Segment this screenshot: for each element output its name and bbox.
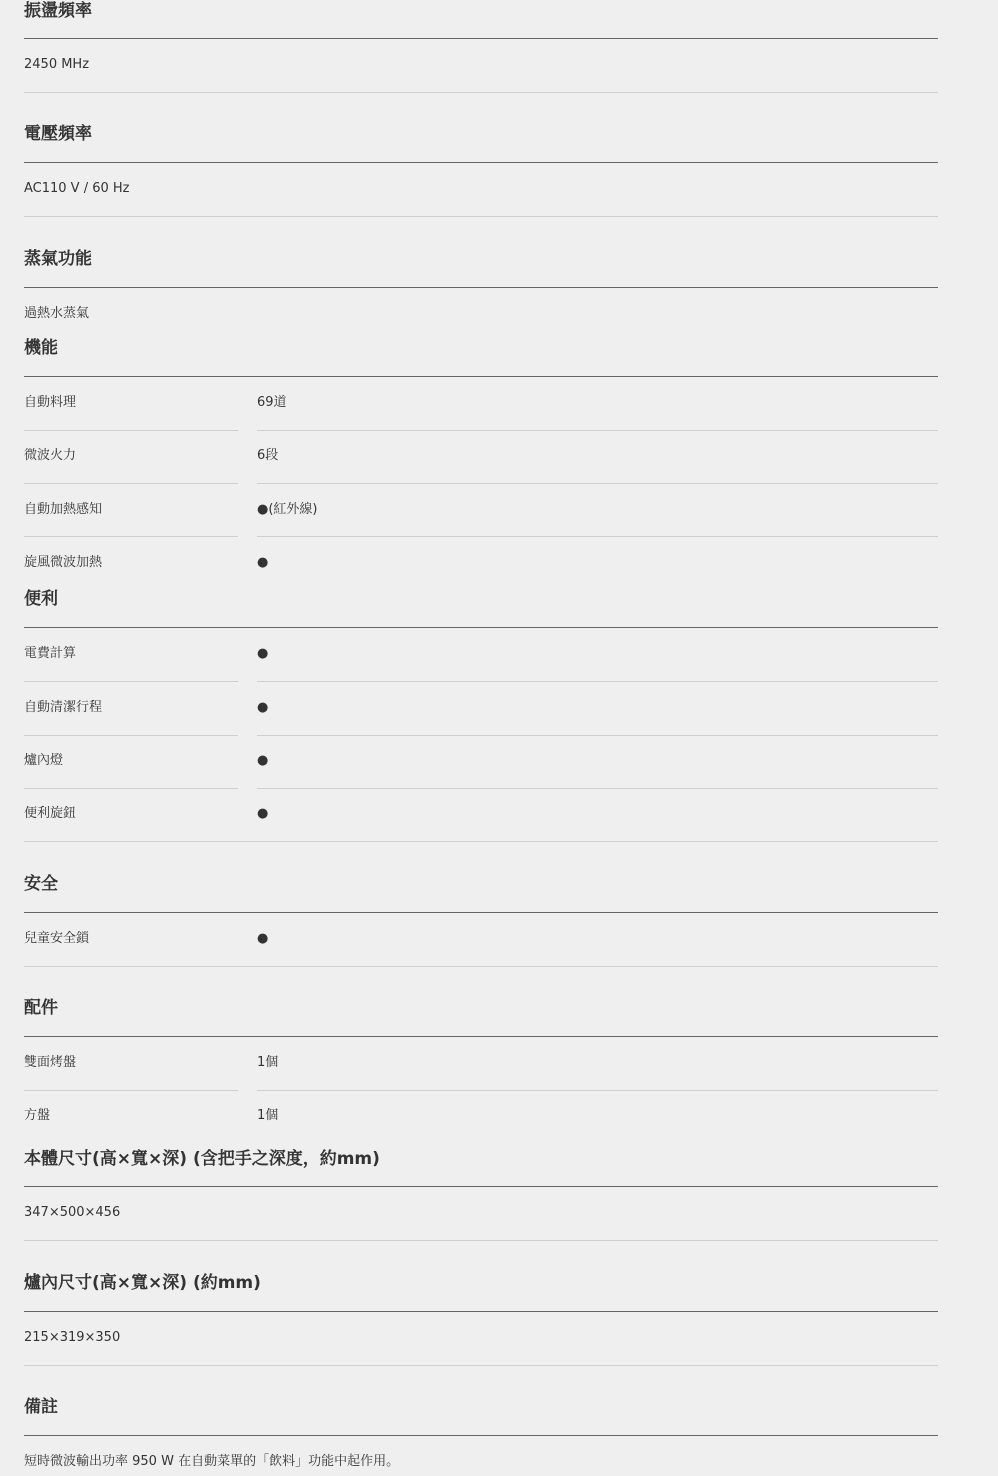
- spec-value: ●: [257, 645, 268, 663]
- spec-value: ●: [257, 752, 268, 770]
- row-divider: [24, 841, 938, 842]
- row-divider: [24, 216, 938, 217]
- row-divider: [24, 1365, 938, 1366]
- section-title-voltage-frequency: 電壓頻率: [24, 123, 92, 145]
- spec-label: 自動料理: [24, 394, 76, 412]
- row-divider: [257, 536, 938, 537]
- section-divider: [24, 1036, 938, 1037]
- spec-value: ●: [257, 699, 268, 717]
- section-title-safety: 安全: [24, 873, 58, 895]
- spec-label: 雙面烤盤: [24, 1054, 76, 1072]
- spec-label: 方盤: [24, 1107, 50, 1125]
- section-title-oscillation-frequency: 振盪頻率: [24, 0, 92, 22]
- spec-label: 旋風微波加熱: [24, 554, 102, 572]
- row-divider: [24, 1090, 238, 1091]
- section-divider: [24, 162, 938, 163]
- spec-label: 兒童安全鎖: [24, 930, 89, 948]
- row-divider: [24, 788, 238, 789]
- row-divider: [257, 430, 938, 431]
- spec-value: 1個: [257, 1054, 278, 1072]
- spec-value: 短時微波輸出功率 950 W 在自動菜單的「飲料」功能中起作用。: [24, 1453, 399, 1471]
- spec-value: 215×319×350: [24, 1329, 120, 1347]
- section-divider: [24, 38, 938, 39]
- section-title-cavity-dimensions: 爐內尺寸(高×寬×深) (約mm): [24, 1272, 261, 1294]
- section-divider: [24, 1435, 938, 1436]
- section-title-accessories: 配件: [24, 997, 58, 1019]
- row-divider: [257, 681, 938, 682]
- section-title-functions: 機能: [24, 337, 58, 359]
- spec-label: 爐內燈: [24, 752, 63, 770]
- section-divider: [24, 1186, 938, 1187]
- spec-label: 自動加熱感知: [24, 501, 102, 519]
- spec-value: 347×500×456: [24, 1204, 120, 1222]
- spec-value: ●: [257, 554, 268, 572]
- section-title-notes: 備註: [24, 1396, 58, 1418]
- row-divider: [24, 1240, 938, 1241]
- section-divider: [24, 912, 938, 913]
- spec-value: 2450 MHz: [24, 56, 89, 74]
- section-title-steam-function: 蒸氣功能: [24, 248, 92, 270]
- spec-value: 1個: [257, 1107, 278, 1125]
- row-divider: [257, 788, 938, 789]
- spec-value: 過熱水蒸氣: [24, 305, 89, 323]
- spec-value: ●: [257, 805, 268, 823]
- section-title-body-dimensions: 本體尺寸(高×寬×深) (含把手之深度，約mm): [24, 1148, 380, 1170]
- section-divider: [24, 1311, 938, 1312]
- row-divider: [24, 430, 238, 431]
- row-divider: [257, 1090, 938, 1091]
- row-divider: [24, 92, 938, 93]
- row-divider: [257, 483, 938, 484]
- spec-value: ●: [257, 930, 268, 948]
- section-divider: [24, 627, 938, 628]
- section-divider: [24, 376, 938, 377]
- section-divider: [24, 287, 938, 288]
- spec-label: 便利旋鈕: [24, 805, 76, 823]
- row-divider: [24, 966, 938, 967]
- row-divider: [24, 483, 238, 484]
- row-divider: [24, 681, 238, 682]
- row-divider: [257, 735, 938, 736]
- spec-value: ●(紅外線): [257, 501, 318, 519]
- spec-label: 電費計算: [24, 645, 76, 663]
- section-title-convenience: 便利: [24, 588, 58, 610]
- spec-label: 自動清潔行程: [24, 699, 102, 717]
- spec-value: 6段: [257, 447, 278, 465]
- spec-value: AC110 V / 60 Hz: [24, 180, 130, 198]
- spec-value: 69道: [257, 394, 287, 412]
- row-divider: [24, 735, 238, 736]
- row-divider: [24, 536, 238, 537]
- spec-label: 微波火力: [24, 447, 76, 465]
